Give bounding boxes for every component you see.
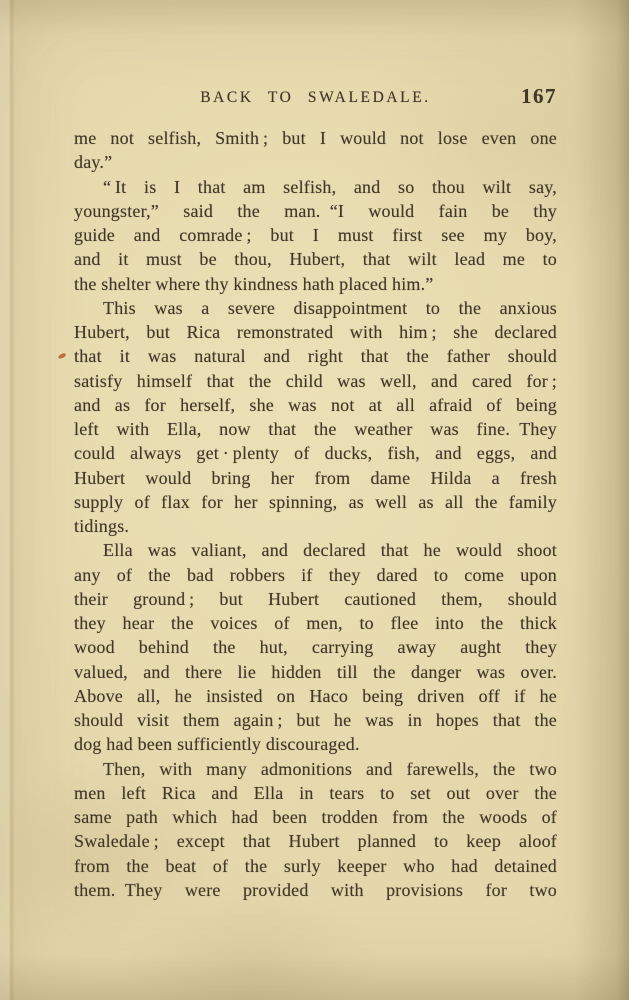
text-line: and as for herself, she was not at all a… (74, 393, 557, 417)
text-line: men left Rica and Ella in tears to set o… (74, 781, 557, 805)
text-line: they hear the voices of men, to flee int… (74, 611, 557, 635)
text-line: Ella was valiant, and declared that he w… (74, 538, 557, 562)
text-line: dog had been sufficiently discouraged. (74, 732, 557, 756)
text-line: could always get · plenty of ducks, fish… (74, 441, 557, 465)
text-line: supply of flax for her spinning, as well… (74, 490, 557, 514)
text-line: that it was natural and right that the f… (74, 344, 557, 368)
text-line: should visit them again ; but he was in … (74, 708, 557, 732)
text-line: tidings. (74, 514, 557, 538)
text-line: left with Ella, now that the weather was… (74, 417, 557, 441)
text-line: the shelter where thy kindness hath plac… (74, 272, 557, 296)
text-line: day.” (74, 150, 557, 174)
text-line: This was a severe disappointment to the … (74, 296, 557, 320)
book-page-scan: BACK TO SWALEDALE. 167 me not selfish, S… (0, 0, 629, 1000)
text-line: “ It is I that am selfish, and so thou w… (74, 175, 557, 199)
text-line: and it must be thou, Hubert, that wilt l… (74, 247, 557, 271)
text-line: Swaledale ; except that Hubert planned t… (74, 829, 557, 853)
stray-ink-mark (58, 353, 67, 360)
text-line: satisfy himself that the child was well,… (74, 369, 557, 393)
page-number: 167 (74, 84, 557, 109)
text-block: me not selfish, Smith ; but I would not … (74, 126, 557, 902)
text-line: them. They were provided with provisions… (74, 878, 557, 902)
text-line: Hubert, but Rica remonstrated with him ;… (74, 320, 557, 344)
text-line: their ground ; but Hubert cautioned them… (74, 587, 557, 611)
text-line: guide and comrade ; but I must first see… (74, 223, 557, 247)
text-line: Hubert would bring her from dame Hilda a… (74, 466, 557, 490)
text-line: any of the bad robbers if they dared to … (74, 563, 557, 587)
text-line: Above all, he insisted on Haco being dri… (74, 684, 557, 708)
text-line: youngster,” said the man. “I would fain … (74, 199, 557, 223)
text-line: valued, and there lie hidden till the da… (74, 660, 557, 684)
text-line: wood behind the hut, carrying away aught… (74, 635, 557, 659)
text-line: same path which had been trodden from th… (74, 805, 557, 829)
text-line: Then, with many admonitions and farewell… (74, 757, 557, 781)
text-line: me not selfish, Smith ; but I would not … (74, 126, 557, 150)
text-line: from the beat of the surly keeper who ha… (74, 854, 557, 878)
